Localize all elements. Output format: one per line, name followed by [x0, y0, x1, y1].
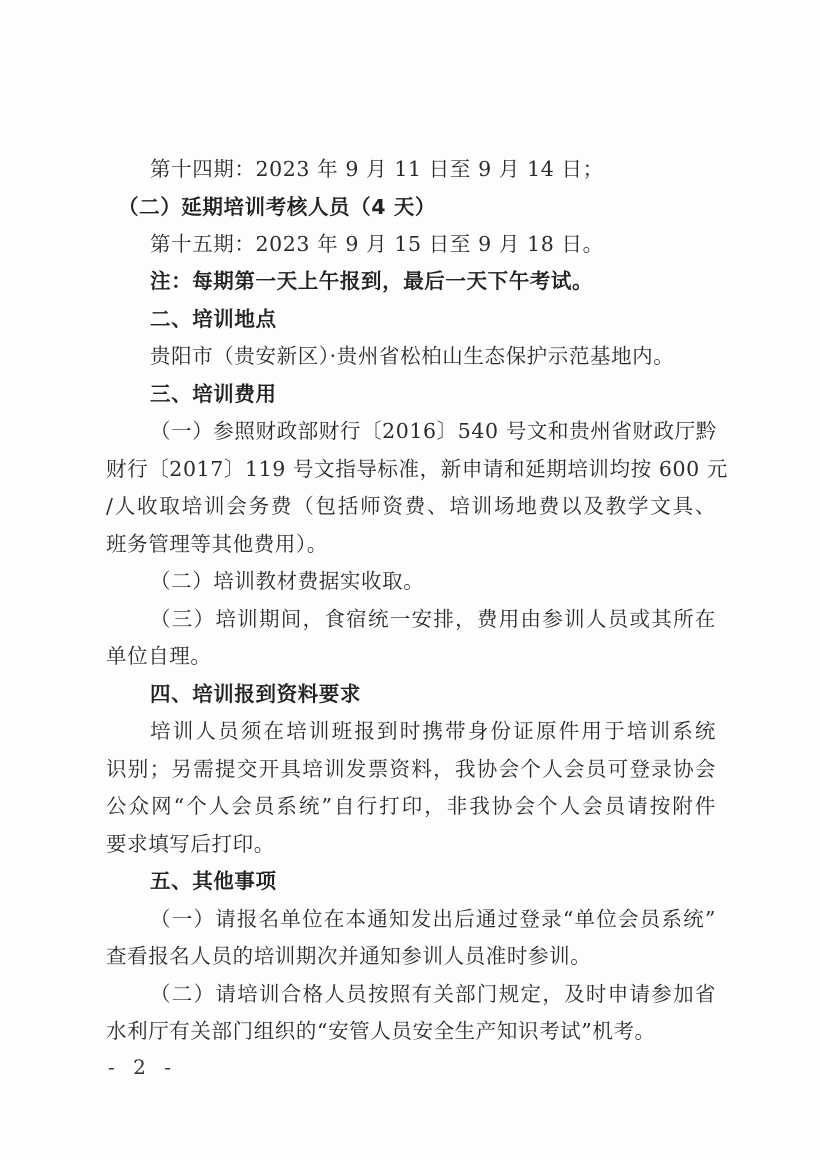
- fees-item-1-line-4: 班务管理等其他费用）。: [106, 531, 716, 557]
- other-item-2-line-2: 水利厅有关部门组织的“安管人员安全生产知识考试”机考。: [106, 1018, 716, 1044]
- fees-item-2: （二）培训教材费据实收取。: [150, 568, 716, 594]
- location-text: 贵阳市（贵安新区）·贵州省松柏山生态保护示范基地内。: [150, 343, 716, 369]
- requirements-line-4: 要求填写后打印。: [106, 831, 716, 857]
- fees-item-3-line-1: （三）培训期间，食宿统一安排，费用由参训人员或其所在: [150, 606, 716, 632]
- fees-item-1-line-2: 财行〔2017〕119 号文指导标准，新申请和延期培训均按 600 元: [106, 456, 716, 482]
- subheading-extension-training: （二）延期培训考核人员（4 天）: [118, 194, 728, 220]
- schedule-session-15: 第十五期：2023 年 9 月 15 日至 9 月 18 日。: [150, 231, 716, 257]
- requirements-line-1: 培训人员须在培训班报到时携带身份证原件用于培训系统: [150, 718, 716, 744]
- document-page: 第十四期：2023 年 9 月 11 日至 9 月 14 日； （二）延期培训考…: [0, 0, 820, 1160]
- other-item-2-line-1: （二）请培训合格人员按照有关部门规定，及时申请参加省: [150, 981, 716, 1007]
- schedule-session-14: 第十四期：2023 年 9 月 11 日至 9 月 14 日；: [150, 156, 716, 182]
- section-heading-other: 五、其他事项: [150, 868, 716, 894]
- schedule-note: 注：每期第一天上午报到，最后一天下午考试。: [150, 268, 760, 294]
- requirements-line-3: 公众网“个人会员系统”自行打印，非我协会个人会员请按附件: [106, 793, 716, 819]
- fees-item-1-line-1: （一）参照财政部财行〔2016〕540 号文和贵州省财政厅黔: [150, 418, 716, 444]
- requirements-line-2: 识别；另需提交开具培训发票资料，我协会个人会员可登录协会: [106, 756, 716, 782]
- page-number: - 2 -: [108, 1055, 177, 1079]
- section-heading-requirements: 四、培训报到资料要求: [150, 681, 716, 707]
- other-item-1-line-1: （一）请报名单位在本通知发出后通过登录“单位会员系统”: [150, 906, 716, 932]
- fees-item-1-line-3: /人收取培训会务费（包括师资费、培训场地费以及教学文具、: [106, 493, 716, 519]
- section-heading-location: 二、培训地点: [150, 306, 716, 332]
- other-item-1-line-2: 查看报名人员的培训期次并通知参训人员准时参训。: [106, 943, 716, 969]
- fees-item-3-line-2: 单位自理。: [106, 643, 716, 669]
- section-heading-fees: 三、培训费用: [150, 381, 716, 407]
